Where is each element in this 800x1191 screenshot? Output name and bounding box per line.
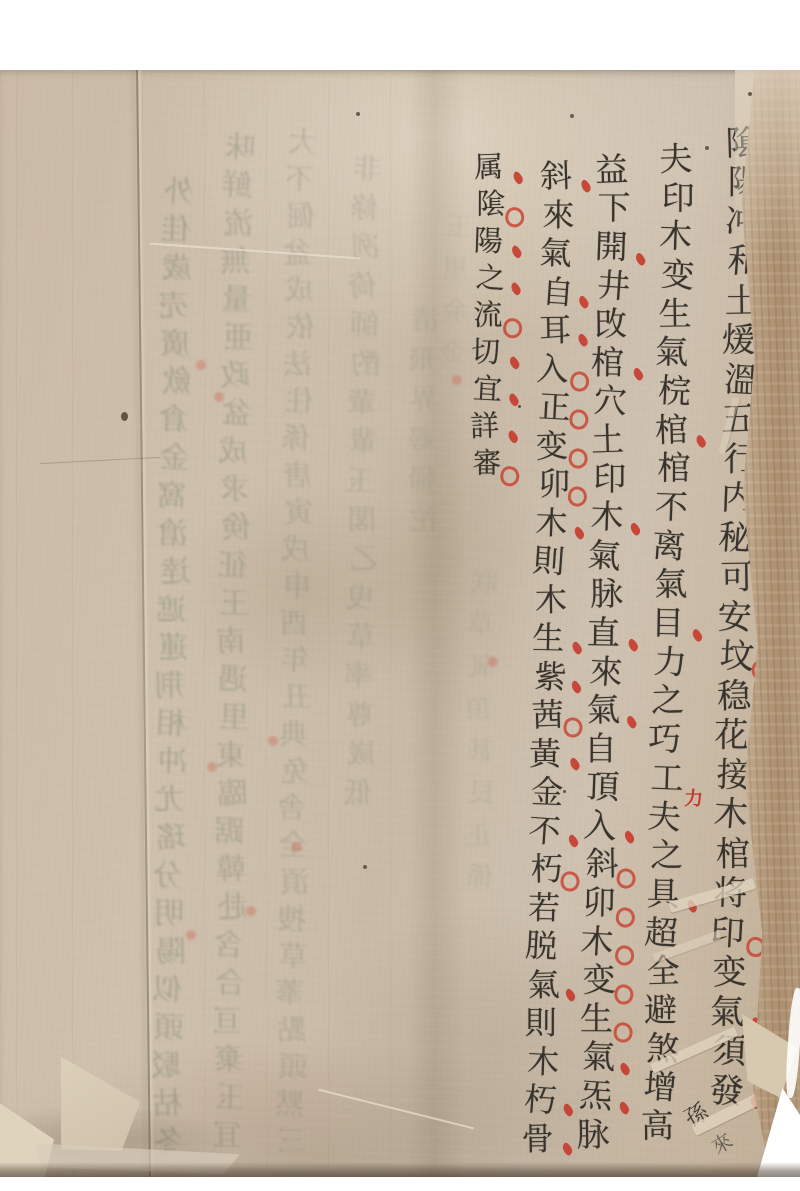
red-dot-mark (618, 1061, 631, 1076)
red-dot-mark (577, 294, 590, 309)
manuscript-photo: 外佳歲売廣歛倉金窩滄逹遮蓮荆相冲尤瑤分明陽似頭駁枯冬味鮮流無量亜政盆成求倹征王南… (0, 70, 800, 1177)
red-dot-mark (576, 333, 589, 348)
red-dot-mark (631, 367, 644, 382)
right-page-text: 隂陽冲和土煖溫五行内秘可安坟稳花接木棺将印变氣須發夫印木变生氣梡棺棺不离氣目力之… (0, 70, 800, 1177)
red-dot-mark (507, 356, 520, 371)
red-dot-mark (571, 641, 584, 656)
red-bleedthrough-dot (207, 762, 217, 772)
ink-speck (363, 865, 367, 869)
red-bleedthrough-dot (292, 842, 302, 852)
red-bleedthrough-dot (214, 392, 224, 402)
red-dot-mark (561, 1141, 574, 1156)
red-bleedthrough-dot (452, 375, 462, 385)
ink-speck (705, 146, 709, 150)
red-dot-mark (509, 282, 522, 297)
red-dot-mark (570, 679, 583, 694)
red-dot-mark (562, 1103, 575, 1118)
red-dot-mark (510, 245, 523, 260)
red-dot-mark (622, 830, 635, 845)
interlinear-red-correction-char: 力 (684, 790, 703, 809)
ink-speck (563, 790, 566, 793)
ink-speck (518, 405, 521, 408)
red-dot-mark (573, 525, 586, 540)
text-column: 斜來氣自耳入正变卯木則木生紫茜黃金不朽若脱氣則木朽骨 (519, 157, 578, 1159)
red-bleedthrough-dot (196, 360, 206, 370)
screenshot-root: 外佳歲売廣歛倉金窩滄逹遮蓮荆相冲尤瑤分明陽似頭駁枯冬味鮮流無量亜政盆成求倹征王南… (0, 0, 800, 1191)
red-bleedthrough-dot (246, 906, 256, 916)
red-circle-mark (498, 465, 520, 488)
red-dot-mark (617, 1100, 630, 1115)
small-annotation-char: 來 (709, 1131, 736, 1158)
red-dot-mark (625, 714, 638, 729)
red-bleedthrough-dot (488, 657, 498, 667)
red-dot-mark (564, 987, 577, 1002)
ink-speck (748, 92, 752, 96)
ink-speck (356, 112, 360, 116)
red-dot-mark (511, 171, 524, 186)
red-dot-mark (628, 521, 641, 536)
red-dot-mark (634, 251, 647, 266)
red-dot-mark (690, 627, 703, 642)
red-bleedthrough-dot (186, 930, 196, 940)
red-dot-mark (626, 637, 639, 652)
red-bleedthrough-dot (268, 736, 278, 746)
red-dot-mark (506, 430, 519, 445)
red-dot-mark (567, 833, 580, 848)
fore-edge-highlight (735, 70, 800, 260)
red-dot-mark (579, 179, 592, 194)
photo-bottom-shadow (0, 1162, 800, 1177)
red-dot-mark (694, 434, 707, 449)
ink-speck (570, 114, 574, 118)
text-column: 属隂陽之流切宜詳審 (467, 149, 510, 483)
wormhole (121, 412, 128, 421)
text-column: 夫印木变生氣梡棺棺不离氣目力之巧工夫之具超全避煞增高 (638, 141, 698, 1147)
red-dot-mark (568, 756, 581, 771)
